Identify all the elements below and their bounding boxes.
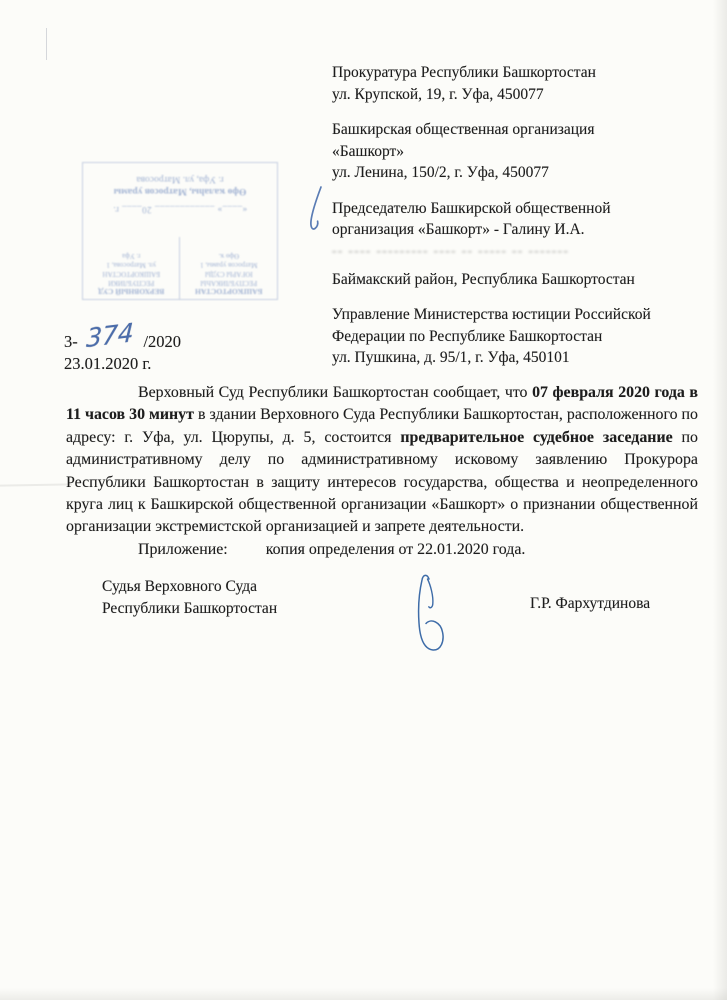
stamp-text-line: Матросов урамы, 1 bbox=[183, 260, 276, 269]
stamp-text-line: РЕСПУБЛИКИ bbox=[85, 278, 178, 287]
scan-edge-shading-right bbox=[713, 0, 727, 1000]
handwritten-checkmark bbox=[302, 185, 326, 237]
address-line: Управление Министерства юстиции Российск… bbox=[332, 304, 704, 326]
signer-name: Г.Р. Фархутдинова bbox=[530, 595, 650, 613]
reference-block: 3- 374 /2020 23.01.2020 г. bbox=[64, 328, 181, 375]
handwritten-signature bbox=[414, 570, 448, 656]
stamp-text-line: БАШКОРТОСТАН bbox=[85, 269, 178, 278]
stamp-address-bashkir: Өфө ҡалаһы, Матросов урамы bbox=[83, 185, 277, 197]
address-line: ул. Крупской, 19, г. Уфа, 450077 bbox=[332, 84, 704, 106]
letter-body: Верховный Суд Республики Башкортостан со… bbox=[66, 382, 698, 561]
body-text-bold-hearing: предварительное судебное заседание bbox=[400, 429, 672, 446]
scan-edge-shading-bottom bbox=[0, 988, 727, 1000]
signer-title-line: Республики Башкортостан bbox=[102, 598, 277, 620]
address-line: Прокуратура Республики Башкортостан bbox=[332, 62, 704, 84]
recipient-block-chairman: Председателю Башкирской общественной орг… bbox=[332, 198, 704, 291]
signer-title-line: Судья Верховного Суда bbox=[102, 576, 277, 598]
stamp-text-line: Өфө ҡ. bbox=[183, 251, 276, 260]
scan-artifact-line bbox=[46, 28, 47, 60]
stamp-text-line: г. Уфа bbox=[85, 251, 178, 260]
attachment-line: Приложение:копия определения от 22.01.20… bbox=[66, 539, 698, 561]
stamp-text-line: ВЕРХОВНЫЙ СУД bbox=[85, 287, 178, 296]
stamp-address: Өфө ҡалаһы, Матросов урамы г. Уфа, ул. М… bbox=[83, 173, 277, 196]
stamp-columns: БАШҠОРТОСТАН РЕСПУБЛИКАҺЫ ЮҒАРЫ СУДЫ Мат… bbox=[83, 237, 277, 299]
address-line: «Башкорт» bbox=[332, 141, 704, 163]
stamp-column-bashkir: БАШҠОРТОСТАН РЕСПУБЛИКАҺЫ ЮҒАРЫ СУДЫ Мат… bbox=[180, 237, 278, 299]
recipient-block-prosecutor: Прокуратура Республики Башкортостан ул. … bbox=[332, 62, 704, 105]
reference-number-line: 3- 374 /2020 bbox=[64, 328, 181, 353]
letter-date: 23.01.2020 г. bbox=[64, 353, 181, 375]
recipient-block-justice-ministry: Управление Министерства юстиции Российск… bbox=[332, 304, 704, 369]
scanned-document-page: БАШҠОРТОСТАН РЕСПУБЛИКАҺЫ ЮҒАРЫ СУДЫ Мат… bbox=[0, 0, 727, 1000]
court-stamp: БАШҠОРТОСТАН РЕСПУБЛИКАҺЫ ЮҒАРЫ СУДЫ Мат… bbox=[82, 162, 278, 300]
body-paragraph: Верховный Суд Республики Башкортостан со… bbox=[66, 382, 698, 539]
attachment-text: копия определения от 22.01.2020 года. bbox=[266, 541, 526, 558]
reference-suffix: /2020 bbox=[143, 331, 181, 353]
stamp-address-russian: г. Уфа, ул. Матросова bbox=[83, 173, 277, 185]
stamp-date-line: «____» ____________ 20____ г. bbox=[83, 205, 277, 215]
recipient-block-organization: Башкирская общественная организация «Баш… bbox=[332, 119, 704, 184]
scan-crease bbox=[0, 483, 72, 486]
censored-address-line: ·· ···· ········· ···· ·· ····· ·· ·····… bbox=[332, 242, 569, 260]
recipient-address-list: Прокуратура Республики Башкортостан ул. … bbox=[332, 62, 704, 383]
body-text-segment: Верховный Суд Республики Башкортостан со… bbox=[138, 384, 532, 401]
stamp-text-line: РЕСПУБЛИКАҺЫ bbox=[183, 278, 276, 287]
attachment-label: Приложение: bbox=[138, 541, 228, 558]
address-line: Баймакский район, Республика Башкортоста… bbox=[332, 269, 704, 291]
stamp-text-line: БАШҠОРТОСТАН bbox=[183, 287, 276, 296]
address-line: ул. Ленина, 150/2, г. Уфа, 450077 bbox=[332, 162, 704, 184]
stamp-text-line: ул. Матросова, 1 bbox=[85, 260, 178, 269]
reference-prefix: 3- bbox=[64, 331, 78, 353]
stamp-text-line: ЮҒАРЫ СУДЫ bbox=[183, 269, 276, 278]
address-line: Федерации по Республике Башкортостан bbox=[332, 326, 704, 348]
stamp-column-russian: ВЕРХОВНЫЙ СУД РЕСПУБЛИКИ БАШКОРТОСТАН ул… bbox=[83, 237, 180, 299]
signer-title: Судья Верховного Суда Республики Башкорт… bbox=[102, 576, 277, 620]
address-line: организация «Башкорт» - Галину И.А. bbox=[332, 219, 704, 241]
handwritten-case-number: 374 bbox=[86, 322, 135, 350]
address-line: Башкирская общественная организация bbox=[332, 119, 704, 141]
address-line: Председателю Башкирской общественной bbox=[332, 198, 704, 220]
address-line: ул. Пушкина, д. 95/1, г. Уфа, 450101 bbox=[332, 347, 704, 369]
